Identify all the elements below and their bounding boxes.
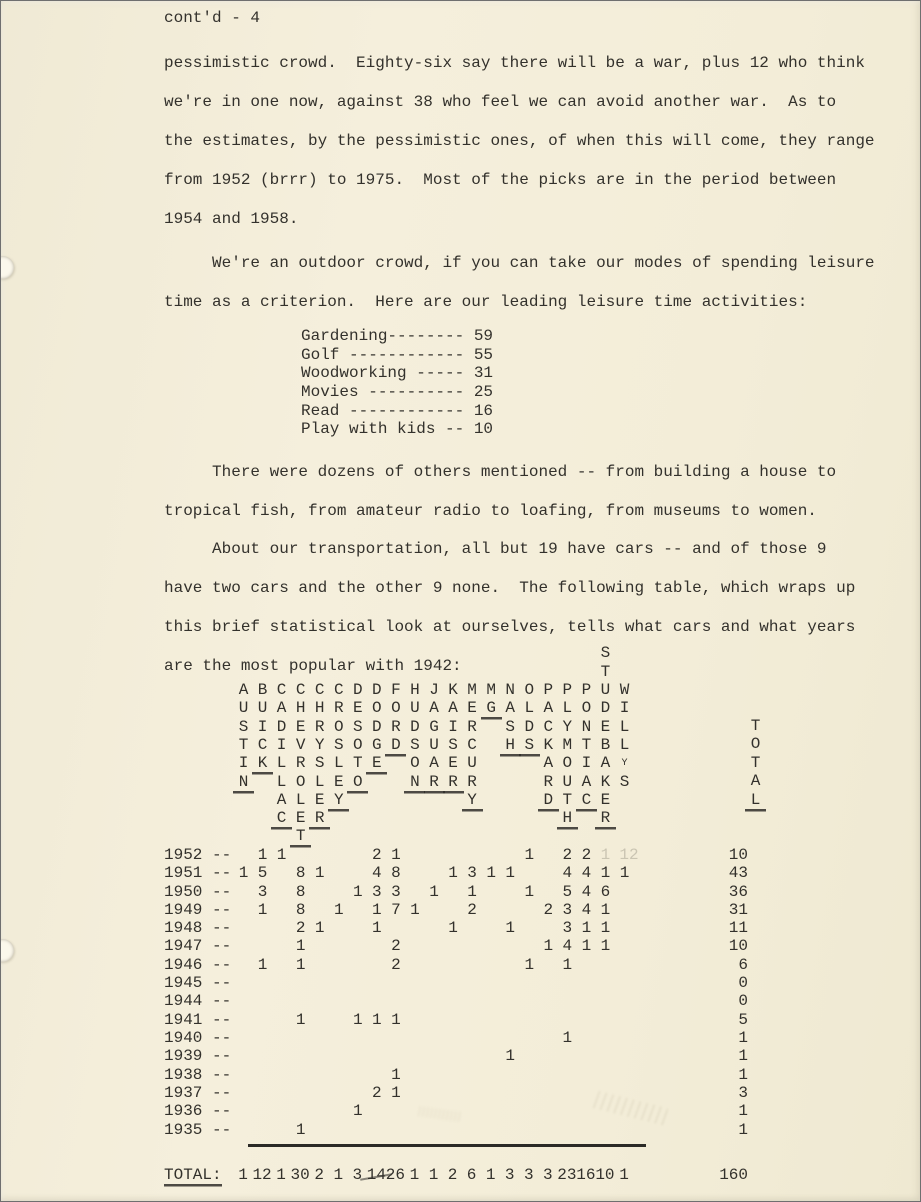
- brand-header-letter: C: [252, 737, 273, 754]
- brand-header-letter: U: [595, 682, 616, 699]
- brand-header-letter: A: [233, 682, 254, 699]
- brand-header-letter: O: [347, 774, 368, 791]
- brand-header-letter: R: [385, 719, 406, 736]
- brand-header-letter: R: [290, 755, 311, 772]
- brand-header-letter: O: [385, 700, 406, 717]
- brand-header-letter: D: [595, 700, 616, 717]
- brand-header-letter: T: [557, 792, 578, 809]
- pencil-smudge: [592, 1090, 668, 1125]
- brand-header-letter: D: [538, 792, 559, 809]
- totals-row-label: TOTAL:: [164, 1167, 222, 1184]
- brand-header-letter: D: [366, 719, 387, 736]
- brand-header-letter: R: [443, 774, 464, 791]
- table-cell-count: 1: [576, 920, 597, 937]
- brand-header-letter: H: [309, 700, 330, 717]
- brand-header-letter: A: [500, 700, 521, 717]
- table-cell-count: 2: [538, 902, 559, 919]
- row-year-label: 1941 --: [164, 1012, 231, 1029]
- brand-header-letter: A: [271, 700, 292, 717]
- brand-header-letter: T: [595, 664, 616, 681]
- brand-header-letter: L: [309, 774, 330, 791]
- brand-header-letter: B: [252, 682, 273, 699]
- leisure-list-item: Play with kids -- 10: [301, 420, 493, 439]
- table-cell-count: 2: [462, 902, 483, 919]
- table-cell-count: 1: [271, 847, 292, 864]
- brand-header-letter: J: [424, 682, 445, 699]
- brand-header-letter: L: [271, 755, 292, 772]
- table-cell-count: 3: [366, 884, 387, 901]
- brand-header-letter: A: [595, 755, 616, 772]
- row-year-label: 1936 --: [164, 1103, 231, 1120]
- brand-header-letter: V: [290, 737, 311, 754]
- table-cell-count: 1: [557, 957, 578, 974]
- table-cell-count: 1: [500, 1048, 521, 1065]
- brand-header-letter: C: [271, 810, 292, 827]
- table-cell-count: 1: [290, 938, 311, 955]
- table-cell-count: 1: [576, 938, 597, 955]
- brand-header-letter: U: [252, 700, 273, 717]
- table-cell-count: 2: [557, 847, 578, 864]
- brand-header-letter: M: [557, 737, 578, 754]
- brand-header-letter: D: [271, 719, 292, 736]
- table-cell-count: 1: [557, 1030, 578, 1047]
- table-cell-count: 1: [614, 865, 635, 882]
- brand-header-letter: R: [424, 774, 445, 791]
- brand-header-letter: T: [347, 755, 368, 772]
- row-year-label: 1949 --: [164, 902, 231, 919]
- table-cell-count: 1: [481, 865, 502, 882]
- brand-header-letter: O: [404, 755, 425, 772]
- brand-header-letter: L: [271, 774, 292, 791]
- paragraph-outdoor-crowd: We're an outdoor crowd, if you can take …: [164, 244, 875, 322]
- row-year-label: 1947 --: [164, 938, 231, 955]
- table-cell-count: 1: [366, 920, 387, 937]
- brand-header-letter: E: [443, 755, 464, 772]
- brand-header-letter: M: [481, 682, 502, 699]
- brand-header-letter: K: [538, 737, 559, 754]
- brand-header-letter: E: [328, 774, 349, 791]
- brand-header-letter: I: [576, 755, 597, 772]
- paragraph-line: this brief statistical look at ourselves…: [164, 608, 855, 647]
- brand-header-letter: N: [576, 719, 597, 736]
- brand-header-letter: P: [538, 682, 559, 699]
- brand-header-letter: L: [290, 792, 311, 809]
- row-year-label: 1948 --: [164, 920, 231, 937]
- brand-header-letter: R: [309, 719, 330, 736]
- row-year-label: 1945 --: [164, 975, 231, 992]
- table-cell-count: 2: [366, 847, 387, 864]
- table-cell-count: 1: [443, 920, 464, 937]
- paragraph-line: the estimates, by the pessimistic ones, …: [164, 122, 875, 161]
- table-cell-count: 4: [366, 865, 387, 882]
- leisure-list-item: Movies ---------- 25: [301, 383, 493, 402]
- brand-header-letter: Y: [328, 792, 349, 809]
- table-cell-count: 4: [576, 902, 597, 919]
- brand-header-letter: P: [557, 682, 578, 699]
- table-cell-count: 1: [462, 884, 483, 901]
- brand-header-letter: A: [424, 755, 445, 772]
- brand-header-letter: A: [443, 700, 464, 717]
- brand-header-letter: S: [500, 719, 521, 736]
- brand-header-letter: E: [347, 700, 368, 717]
- paragraph-line: from 1952 (brrr) to 1975. Most of the pi…: [164, 161, 875, 200]
- brand-header-letter: Y: [557, 719, 578, 736]
- table-cell-count: 1: [500, 865, 521, 882]
- leisure-activities-list: Gardening-------- 59Golf ------------ 55…: [301, 327, 493, 439]
- brand-header-letter: U: [233, 700, 254, 717]
- total-column-label-letter: L: [745, 792, 766, 809]
- table-cell-count: 1: [595, 865, 616, 882]
- brand-header-letter: S: [309, 755, 330, 772]
- table-cell-count: 2: [385, 957, 406, 974]
- table-cell-count: 1: [252, 847, 273, 864]
- brand-header-letter: A: [538, 755, 559, 772]
- paragraph-transportation: About our transportation, all but 19 hav…: [164, 530, 855, 686]
- table-cell-count: 5: [252, 865, 273, 882]
- brand-header-letter: C: [576, 792, 597, 809]
- brand-header-letter: F: [385, 682, 406, 699]
- brand-header-letter: S: [519, 737, 540, 754]
- table-cell-count: 8: [290, 865, 311, 882]
- table-cell-count: 1: [366, 902, 387, 919]
- leisure-list-item: Gardening-------- 59: [301, 327, 493, 346]
- brand-header-letter: H: [290, 700, 311, 717]
- brand-header-letter: B: [595, 737, 616, 754]
- brand-header-letter: D: [366, 682, 387, 699]
- row-total: 36: [701, 884, 748, 901]
- total-column-label-letter: O: [745, 736, 766, 753]
- brand-header-letter: R: [462, 774, 483, 791]
- brand-header-letter: I: [252, 719, 273, 736]
- table-cell-count: 1: [443, 865, 464, 882]
- brand-header-letter: C: [271, 682, 292, 699]
- brand-header-letter: S: [347, 719, 368, 736]
- table-cell-count: 3: [557, 920, 578, 937]
- brand-header-letter: L: [557, 700, 578, 717]
- brand-header-letter: M: [462, 682, 483, 699]
- pencil-smudge: [416, 1106, 463, 1122]
- row-year-label: 1939 --: [164, 1048, 231, 1065]
- punch-hole-top: [0, 256, 14, 279]
- brand-header-letter: O: [366, 700, 387, 717]
- table-cell-count: 8: [385, 865, 406, 882]
- row-year-label: 1946 --: [164, 957, 231, 974]
- brand-header-letter: D: [347, 682, 368, 699]
- row-total: 10: [701, 847, 748, 864]
- paragraph-line: 1954 and 1958.: [164, 200, 875, 239]
- table-cell-count: 3: [252, 884, 273, 901]
- table-cell-count: 1: [252, 957, 273, 974]
- row-total: 11: [701, 920, 748, 937]
- brand-header-letter: C: [290, 682, 311, 699]
- table-cell-count: 1: [595, 902, 616, 919]
- brand-header-letter: O: [290, 774, 311, 791]
- brand-header-letter: O: [519, 682, 540, 699]
- row-year-label: 1938 --: [164, 1067, 231, 1084]
- brand-header-letter: C: [309, 682, 330, 699]
- brand-header-letter: H: [500, 737, 521, 754]
- table-cell-count: 1: [290, 1122, 311, 1139]
- brand-header-letter: D: [404, 719, 425, 736]
- total-column-label-letter: A: [745, 773, 766, 790]
- brand-header-letter: S: [233, 719, 254, 736]
- column-total: 1: [609, 1167, 639, 1184]
- brand-header-letter: K: [252, 755, 273, 772]
- grand-total: 160: [701, 1167, 748, 1184]
- brand-header-letter: Y: [621, 758, 627, 769]
- brand-header-letter: Y: [614, 755, 635, 774]
- row-total: 0: [701, 975, 748, 992]
- car-year-table: AUSTINBUICKCADILLACCHEVROLETCHRYSLERCROS…: [1, 1, 920, 18]
- brand-header-letter: O: [328, 719, 349, 736]
- row-year-label: 1950 --: [164, 884, 231, 901]
- row-total: 31: [701, 902, 748, 919]
- table-cell-count: 2: [366, 1085, 387, 1102]
- table-cell-count: 1: [519, 957, 540, 974]
- document-page: cont'd - 4 pessimistic crowd. Eighty-six…: [0, 0, 921, 1202]
- table-cell-count: 1: [347, 1103, 368, 1120]
- table-cell-count: 1: [309, 920, 330, 937]
- paragraph-line: tropical fish, from amateur radio to loa…: [164, 492, 836, 531]
- table-cell-count: 1: [500, 920, 521, 937]
- table-cell-count: 1: [252, 902, 273, 919]
- brand-header-letter: U: [404, 700, 425, 717]
- brand-header-letter: D: [519, 719, 540, 736]
- table-cell-count: 1: [347, 1012, 368, 1029]
- paragraph-line: time as a criterion. Here are our leadin…: [164, 283, 875, 322]
- table-cell-count: 1: [347, 884, 368, 901]
- brand-header-letter: S: [595, 645, 616, 662]
- row-total: 43: [701, 865, 748, 882]
- brand-header-letter: U: [424, 737, 445, 754]
- table-rule-line: [248, 1144, 646, 1147]
- brand-header-letter: G: [366, 737, 387, 754]
- row-year-label: 1940 --: [164, 1030, 231, 1047]
- total-column-label-letter: T: [745, 718, 766, 735]
- table-cell-count: 8: [290, 884, 311, 901]
- table-cell-count: 1: [519, 847, 540, 864]
- brand-header-letter: A: [271, 792, 292, 809]
- table-cell-count: 4: [557, 938, 578, 955]
- total-column-label-letter: T: [745, 755, 766, 772]
- paragraph-line: we're in one now, against 38 who feel we…: [164, 83, 875, 122]
- row-total: 10: [701, 938, 748, 955]
- brand-header-letter: S: [614, 774, 635, 791]
- brand-header-letter: N: [404, 774, 425, 791]
- brand-header-letter: I: [233, 755, 254, 772]
- table-cell-count: 4: [576, 865, 597, 882]
- brand-header-letter: C: [462, 737, 483, 754]
- brand-header-letter: T: [290, 828, 311, 845]
- table-cell-count: 1: [290, 957, 311, 974]
- row-year-label: 1937 --: [164, 1085, 231, 1102]
- brand-header-letter: S: [404, 737, 425, 754]
- table-cell-count: 1: [538, 938, 559, 955]
- row-year-label: 1944 --: [164, 993, 231, 1010]
- paragraph-line: About our transportation, all but 19 hav…: [164, 530, 855, 569]
- brand-header-letter: E: [290, 810, 311, 827]
- brand-header-letter: H: [557, 810, 578, 827]
- brand-header-letter: A: [424, 700, 445, 717]
- table-cell-count: 4: [557, 865, 578, 882]
- table-cell-count: 1: [328, 902, 349, 919]
- table-cell-count: 6: [595, 884, 616, 901]
- table-cell-count: 1: [385, 847, 406, 864]
- brand-header-letter: Y: [309, 737, 330, 754]
- table-cell-count: 1: [595, 920, 616, 937]
- brand-header-letter: U: [462, 755, 483, 772]
- row-total: 1: [701, 1067, 748, 1084]
- brand-header-letter: A: [538, 700, 559, 717]
- brand-header-letter: H: [404, 682, 425, 699]
- table-cell-count: 3: [385, 884, 406, 901]
- table-cell-count: 2: [385, 938, 406, 955]
- table-cell-count: 3: [462, 865, 483, 882]
- table-cell-count: 1: [404, 902, 425, 919]
- table-cell-count: 5: [557, 884, 578, 901]
- table-cell-count: 1: [385, 1067, 406, 1084]
- brand-header-letter: I: [614, 700, 635, 717]
- brand-header-letter: L: [614, 719, 635, 736]
- brand-header-letter: O: [557, 755, 578, 772]
- row-total: 1: [701, 1030, 748, 1047]
- paragraph-war-predictions: pessimistic crowd. Eighty-six say there …: [164, 44, 875, 239]
- table-cell-count: 1: [290, 1012, 311, 1029]
- punch-hole-bottom: [0, 939, 14, 962]
- page-header: cont'd - 4: [164, 9, 260, 27]
- row-total: 1: [701, 1122, 748, 1139]
- erased-ghost-count: 1: [595, 847, 616, 864]
- table-cell-count: 1: [424, 884, 445, 901]
- brand-header-letter: P: [576, 682, 597, 699]
- brand-header-letter: E: [290, 719, 311, 736]
- paragraph-other-hobbies: There were dozens of others mentioned --…: [164, 453, 836, 531]
- paragraph-line: have two cars and the other 9 none. The …: [164, 569, 855, 608]
- row-total: 1: [701, 1103, 748, 1120]
- brand-header-letter: R: [595, 810, 616, 827]
- brand-header-letter: T: [233, 737, 254, 754]
- table-cell-count: 1: [385, 1012, 406, 1029]
- paragraph-line: We're an outdoor crowd, if you can take …: [164, 244, 875, 283]
- brand-header-letter: L: [519, 700, 540, 717]
- leisure-list-item: Woodworking ----- 31: [301, 364, 493, 383]
- brand-header-letter: E: [595, 792, 616, 809]
- brand-header-letter: D: [385, 737, 406, 754]
- table-cell-count: 1: [366, 1012, 387, 1029]
- table-cell-count: 7: [385, 902, 406, 919]
- brand-header-letter: O: [347, 737, 368, 754]
- table-cell-count: 1: [385, 1085, 406, 1102]
- brand-header-letter: I: [271, 737, 292, 754]
- brand-header-letter: K: [443, 682, 464, 699]
- brand-header-letter: R: [538, 774, 559, 791]
- brand-header-letter: O: [576, 700, 597, 717]
- brand-header-letter: G: [481, 700, 502, 717]
- brand-header-letter: A: [576, 774, 597, 791]
- leisure-list-item: Golf ------------ 55: [301, 346, 493, 365]
- brand-header-letter: I: [443, 719, 464, 736]
- brand-header-letter: L: [328, 755, 349, 772]
- brand-header-letter: S: [443, 737, 464, 754]
- table-cell-count: 3: [557, 902, 578, 919]
- brand-header-letter: Y: [462, 792, 483, 809]
- table-cell-count: 1: [519, 884, 540, 901]
- brand-header-letter: C: [328, 682, 349, 699]
- brand-header-letter: E: [366, 755, 387, 772]
- row-year-label: 1951 --: [164, 865, 231, 882]
- brand-header-letter: E: [595, 719, 616, 736]
- table-cell-count: 1: [233, 865, 254, 882]
- row-total: 1: [701, 1048, 748, 1065]
- row-total: 6: [701, 957, 748, 974]
- paragraph-line: There were dozens of others mentioned --…: [164, 453, 836, 492]
- brand-header-letter: L: [614, 737, 635, 754]
- table-cell-count: 1: [309, 865, 330, 882]
- brand-header-letter: S: [328, 737, 349, 754]
- brand-header-letter: U: [557, 774, 578, 791]
- brand-header-letter: N: [233, 774, 254, 791]
- paragraph-line: pessimistic crowd. Eighty-six say there …: [164, 44, 875, 83]
- table-cell-count: 1: [595, 938, 616, 955]
- brand-header-letter: G: [424, 719, 445, 736]
- table-cell-count: 2: [576, 847, 597, 864]
- brand-header-letter: C: [538, 719, 559, 736]
- brand-header-letter: E: [462, 700, 483, 717]
- brand-header-letter: E: [309, 792, 330, 809]
- row-total: 3: [701, 1085, 748, 1102]
- leisure-list-item: Read ------------ 16: [301, 402, 493, 421]
- row-year-label: 1935 --: [164, 1122, 231, 1139]
- brand-header-letter: K: [595, 774, 616, 791]
- row-year-label: 1952 --: [164, 847, 231, 864]
- row-total: 0: [701, 993, 748, 1010]
- table-cell-count: 8: [290, 902, 311, 919]
- table-cell-count: 4: [576, 884, 597, 901]
- brand-header-letter: R: [309, 810, 330, 827]
- erased-ghost-count: 12: [614, 847, 644, 864]
- brand-header-letter: N: [500, 682, 521, 699]
- brand-header-letter: T: [576, 737, 597, 754]
- row-total: 5: [701, 1012, 748, 1029]
- brand-header-letter: W: [614, 682, 635, 699]
- brand-header-letter: R: [328, 700, 349, 717]
- brand-header-letter: R: [462, 719, 483, 736]
- table-cell-count: 2: [290, 920, 311, 937]
